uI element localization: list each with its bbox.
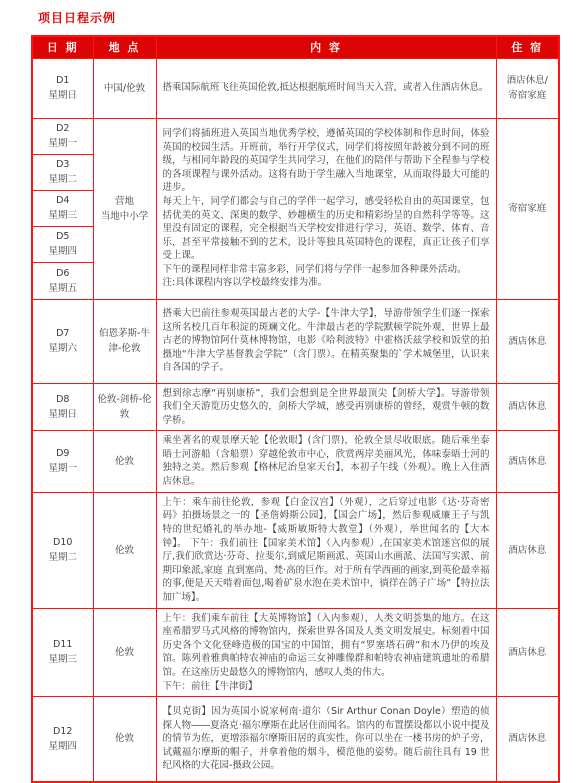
location-cell: 伦敦-剑桥-伦敦 bbox=[93, 383, 156, 431]
content-paragraph: 搭乘国际航班飞往英国伦敦,抵达根据航班时间当天入营，或者入住酒店休息。 bbox=[163, 81, 490, 95]
date-code: D9 bbox=[35, 446, 91, 461]
col-header-date: 日 期 bbox=[32, 36, 93, 58]
content-paragraph: 注:具体课程内容以学校最终安排为准。 bbox=[163, 276, 490, 290]
content-cell: 乘坐著名的观景摩天轮【伦敦眼】(含门票)，伦敦全景尽收眼底。随后乘坐泰晤士河游船… bbox=[156, 431, 496, 492]
date-cell: D6 星期五 bbox=[32, 262, 93, 299]
stay-line: 酒店休息/ bbox=[499, 73, 557, 88]
date-weekday: 星期六 bbox=[35, 341, 91, 356]
itinerary-table: 日 期 地 点 内 容 住 宿 D1 星期日 中国/伦敦 搭乘国际航班飞往英国伦… bbox=[31, 35, 560, 783]
content-paragraph: 下午：前往【牛津街】 bbox=[163, 680, 490, 694]
table-row: D7 星期六 伯恩茅斯-牛津-伦敦 搭乘大巴前往参观英国最古老的大学-【牛津大学… bbox=[32, 299, 559, 383]
stay-cell: 寄宿家庭 bbox=[496, 118, 559, 299]
content-paragraph: 每天上午，同学们都会与自己的学伴一起学习，感受轻松自由的英国课堂，包括优美的英文… bbox=[163, 195, 490, 263]
date-cell: D1 星期日 bbox=[32, 58, 93, 118]
location-line: 当地中小学 bbox=[96, 209, 154, 224]
date-code: D3 bbox=[35, 157, 91, 172]
date-cell: D11 星期三 bbox=[32, 608, 93, 697]
header-row: 日 期 地 点 内 容 住 宿 bbox=[32, 36, 559, 58]
content-cell: 同学们将插班进入英国当地优秀学校，遵循英国的学校体制和作息时间，体验英国的校园生… bbox=[156, 118, 496, 299]
date-cell: D7 星期六 bbox=[32, 299, 93, 383]
date-code: D8 bbox=[35, 392, 91, 407]
table-row: D10 星期二 伦敦 上午：乘车前往伦敦，参观【白金汉宫】（外观），之后穿过电影… bbox=[32, 492, 559, 608]
content-paragraph: 下午的课程同样非常丰富多彩，同学们将与学伴一起参加各种课外活动。 bbox=[163, 263, 490, 277]
date-cell: D9 星期一 bbox=[32, 431, 93, 492]
date-weekday: 星期二 bbox=[35, 172, 91, 187]
stay-cell: 酒店休息 bbox=[496, 431, 559, 492]
content-cell: 【贝克街】因为英国小说家柯南·道尔（Sir Arthur Conan Doyle… bbox=[156, 697, 496, 782]
date-cell: D8 星期日 bbox=[32, 383, 93, 431]
date-weekday: 星期一 bbox=[35, 461, 91, 476]
content-cell: 上午：我们乘车前往【大英博物馆】（入内参观），人类文明荟集的地方。在这座希腊罗马… bbox=[156, 608, 496, 697]
content-paragraph: 【贝克街】因为英国小说家柯南·道尔（Sir Arthur Conan Doyle… bbox=[163, 705, 490, 773]
table-row: D9 星期一 伦敦 乘坐著名的观景摩天轮【伦敦眼】(含门票)，伦敦全景尽收眼底。… bbox=[32, 431, 559, 492]
stay-cell: 酒店休息 bbox=[496, 383, 559, 431]
date-cell: D12 星期四 bbox=[32, 697, 93, 782]
stay-cell: 酒店休息 bbox=[496, 608, 559, 697]
content-paragraph: 乘坐著名的观景摩天轮【伦敦眼】(含门票)，伦敦全景尽收眼底。随后乘坐泰晤士河游船… bbox=[163, 434, 490, 488]
date-weekday: 星期四 bbox=[35, 244, 91, 259]
location-line: 营地 bbox=[96, 194, 154, 209]
stay-line: 寄宿家庭 bbox=[499, 88, 557, 103]
table-row: D8 星期日 伦敦-剑桥-伦敦 想到徐志摩“再别康桥”，我们会想到是全世界最顶尖… bbox=[32, 383, 559, 431]
date-cell: D10 星期二 bbox=[32, 492, 93, 608]
date-code: D4 bbox=[35, 193, 91, 208]
date-weekday: 星期三 bbox=[35, 652, 91, 667]
content-cell: 搭乘大巴前往参观英国最古老的大学-【牛津大学】，导游带领学生们逐一探索这所名校几… bbox=[156, 299, 496, 383]
location-cell: 伦敦 bbox=[93, 492, 156, 608]
date-weekday: 星期四 bbox=[35, 739, 91, 754]
date-cell: D3 星期二 bbox=[32, 154, 93, 190]
table-row: D11 星期三 伦敦 上午：我们乘车前往【大英博物馆】（入内参观），人类文明荟集… bbox=[32, 608, 559, 697]
date-code: D10 bbox=[35, 535, 91, 550]
content-paragraph: 搭乘大巴前往参观英国最古老的大学-【牛津大学】，导游带领学生们逐一探索这所名校几… bbox=[163, 307, 490, 375]
location-cell: 营地 当地中小学 bbox=[93, 118, 156, 299]
location-cell: 中国/伦敦 bbox=[93, 58, 156, 118]
date-code: D5 bbox=[35, 229, 91, 244]
date-code: D11 bbox=[35, 637, 91, 652]
date-cell: D4 星期三 bbox=[32, 190, 93, 226]
stay-cell: 酒店休息/ 寄宿家庭 bbox=[496, 58, 559, 118]
content-cell: 上午：乘车前往伦敦，参观【白金汉宫】（外观），之后穿过电影《达·芬奇密码》拍摄场… bbox=[156, 492, 496, 608]
date-weekday: 星期五 bbox=[35, 281, 91, 296]
date-weekday: 星期日 bbox=[35, 407, 91, 422]
stay-cell: 酒店休息 bbox=[496, 492, 559, 608]
table-row: D12 星期四 伦敦 【贝克街】因为英国小说家柯南·道尔（Sir Arthur … bbox=[32, 697, 559, 782]
content-cell: 搭乘国际航班飞往英国伦敦,抵达根据航班时间当天入营，或者入住酒店休息。 bbox=[156, 58, 496, 118]
col-header-content: 内 容 bbox=[156, 36, 496, 58]
date-code: D1 bbox=[35, 73, 91, 88]
date-code: D2 bbox=[35, 121, 91, 136]
stay-cell: 酒店休息 bbox=[496, 697, 559, 782]
content-paragraph: 想到徐志摩“再别康桥”，我们会想到是全世界最顶尖【剑桥大学】。导游带领我们全天游… bbox=[163, 387, 490, 428]
date-code: D12 bbox=[35, 724, 91, 739]
col-header-stay: 住 宿 bbox=[496, 36, 559, 58]
table-row: D2 星期一 营地 当地中小学 同学们将插班进入英国当地优秀学校，遵循英国的学校… bbox=[32, 118, 559, 154]
date-cell: D2 星期一 bbox=[32, 118, 93, 154]
table-row: D1 星期日 中国/伦敦 搭乘国际航班飞往英国伦敦,抵达根据航班时间当天入营，或… bbox=[32, 58, 559, 118]
content-paragraph: 同学们将插班进入英国当地优秀学校，遵循英国的学校体制和作息时间，体验英国的校园生… bbox=[163, 127, 490, 195]
document-page: 项目日程示例 日 期 地 点 内 容 住 宿 D1 星期日 中国/伦敦 搭乘国 bbox=[0, 0, 588, 783]
date-weekday: 星期二 bbox=[35, 550, 91, 565]
page-title: 项目日程示例 bbox=[38, 9, 588, 26]
date-weekday: 星期三 bbox=[35, 208, 91, 223]
col-header-location: 地 点 bbox=[93, 36, 156, 58]
location-cell: 伦敦 bbox=[93, 431, 156, 492]
content-cell: 想到徐志摩“再别康桥”，我们会想到是全世界最顶尖【剑桥大学】。导游带领我们全天游… bbox=[156, 383, 496, 431]
location-cell: 伯恩茅斯-牛津-伦敦 bbox=[93, 299, 156, 383]
stay-cell: 酒店休息 bbox=[496, 299, 559, 383]
location-cell: 伦敦 bbox=[93, 697, 156, 782]
location-cell: 伦敦 bbox=[93, 608, 156, 697]
content-paragraph: 上午：我们乘车前往【大英博物馆】（入内参观），人类文明荟集的地方。在这座希腊罗马… bbox=[163, 612, 490, 680]
date-weekday: 星期一 bbox=[35, 136, 91, 151]
content-paragraph: 上午：乘车前往伦敦，参观【白金汉宫】（外观），之后穿过电影《达·芬奇密码》拍摄场… bbox=[163, 496, 490, 605]
date-code: D7 bbox=[35, 326, 91, 341]
date-cell: D5 星期四 bbox=[32, 226, 93, 262]
date-weekday: 星期日 bbox=[35, 88, 91, 103]
date-code: D6 bbox=[35, 266, 91, 281]
